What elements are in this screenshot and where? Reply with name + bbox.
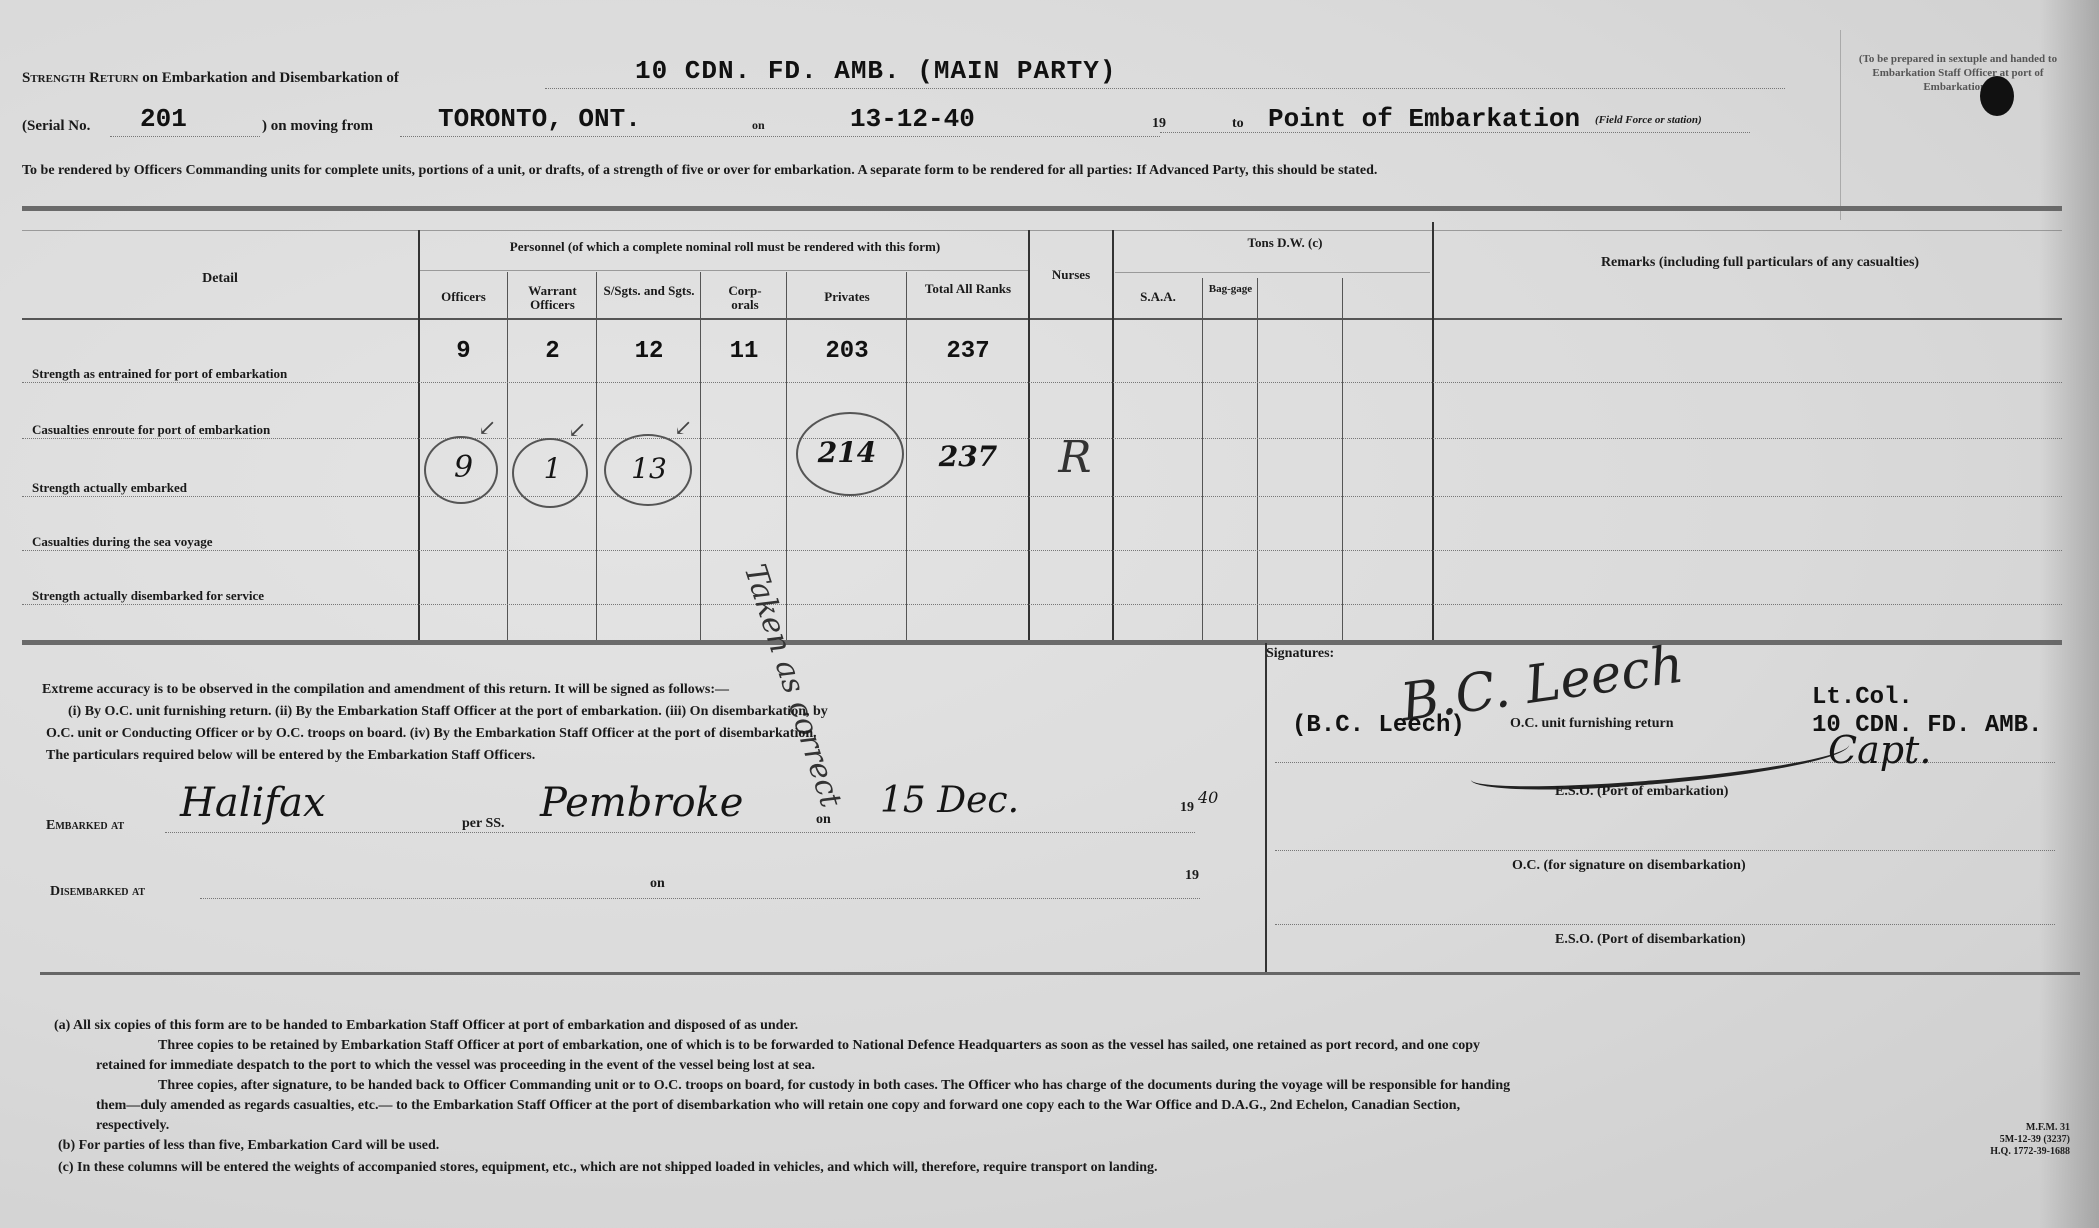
disembarked-label: Disembarked at — [50, 884, 145, 900]
col-divider — [700, 272, 701, 640]
footnote-c: (c) In these columns will be entered the… — [58, 1160, 1158, 1176]
col-corporals: Corp-orals — [715, 284, 775, 312]
disembarked-line — [200, 898, 1200, 899]
disembarked-year-label: 19 — [1185, 868, 1199, 884]
col-baggage: Bag-gage — [1204, 282, 1257, 296]
signatures-heading: Signatures: — [1266, 646, 1334, 662]
accuracy-line-4: The particulars required below will be e… — [46, 748, 535, 764]
moving-from: TORONTO, ONT. — [438, 104, 641, 134]
oc-caption: O.C. unit furnishing return — [1510, 716, 1674, 732]
cell-officers-entrained: 9 — [420, 338, 507, 365]
footnote-b: (b) For parties of less than five, Embar… — [58, 1138, 439, 1154]
embarked-at-value: Halifax — [180, 780, 326, 826]
oc-rank: Lt.Col. — [1812, 684, 1913, 711]
col-privates: Privates — [788, 290, 906, 304]
col-saa: S.A.A. — [1114, 290, 1202, 304]
serial-number: 201 — [140, 104, 187, 134]
cell-warrant-embarked: 1 — [509, 452, 596, 485]
eso-embark-caption: E.S.O. (Port of embarkation) — [1555, 784, 1728, 800]
tick-mark-icon: ↙ — [478, 416, 496, 441]
instructions: To be rendered by Officers Commanding un… — [22, 162, 1782, 180]
document-page: Strength Return on Embarkation and Disem… — [0, 0, 2099, 1228]
row-label-casualties-enroute: Casualties enroute for port of embarkati… — [32, 422, 270, 438]
destination-suffix: (Field Force or station) — [1595, 114, 1702, 126]
col-total: Total All Ranks — [908, 282, 1028, 296]
col-divider — [1342, 278, 1343, 640]
cell-privates-entrained: 203 — [788, 338, 906, 365]
row-rule — [22, 604, 2062, 605]
cell-total-embarked: 237 — [908, 440, 1028, 473]
form-title-rest: on Embarkation and Disembarkation of — [142, 70, 399, 86]
col-nurses: Nurses — [1030, 268, 1112, 282]
tons-sub-rule — [1115, 272, 1430, 273]
tick-mark-icon: ↙ — [674, 416, 692, 441]
eso-disembark-caption: E.S.O. (Port of disembarkation) — [1555, 932, 1746, 948]
detail-header: Detail — [22, 272, 418, 286]
col-divider — [786, 272, 787, 640]
embarked-year-label: 19 — [1180, 800, 1194, 816]
moving-from-line — [400, 136, 1160, 137]
year-label: 19 — [1152, 116, 1166, 132]
embarked-year-value: 40 — [1198, 788, 1218, 807]
footnote-a-4: Three copies, after signature, to be han… — [158, 1078, 1510, 1094]
cell-sgts-embarked: 13 — [598, 452, 700, 485]
row-rule — [22, 550, 2062, 551]
footnote-a-3: retained for immediate despatch to the p… — [96, 1058, 815, 1074]
form-title-prefix: Strength Return — [22, 70, 138, 86]
cell-warrant-entrained: 2 — [509, 338, 596, 365]
row-rule — [22, 496, 2062, 497]
col-divider — [596, 272, 597, 640]
ship-name: Pembroke — [540, 780, 743, 826]
col-sgts: S/Sgts. and Sgts. — [598, 284, 700, 298]
row-label-entrained: Strength as entrained for port of embark… — [32, 366, 287, 382]
section-divider — [1265, 643, 1267, 973]
eso-signature: Capt. — [1828, 728, 1931, 772]
header-bottom-rule — [22, 318, 2062, 320]
col-divider — [906, 272, 907, 640]
accuracy-line-2: (i) By O.C. unit furnishing return. (ii)… — [68, 704, 828, 720]
footnotes-top-rule — [40, 972, 2080, 975]
footnote-a-2: Three copies to be retained by Embarkati… — [158, 1038, 1480, 1054]
table-bottom-border — [22, 640, 2062, 645]
on-label: on — [752, 118, 765, 133]
personnel-sub-rule — [420, 270, 1030, 271]
accuracy-line-1: Extreme accuracy is to be observed in th… — [42, 682, 729, 698]
cell-privates-embarked: 214 — [788, 436, 906, 469]
col-divider — [1202, 278, 1203, 640]
accuracy-line-3: O.C. unit or Conducting Officer or by O.… — [46, 726, 817, 742]
row-rule — [22, 382, 2062, 383]
col-divider — [1257, 278, 1258, 640]
cell-total-entrained: 237 — [908, 338, 1028, 365]
tons-header: Tons D.W. (c) — [1230, 236, 1340, 250]
footnote-a-1: (a) All six copies of this form are to b… — [54, 1018, 798, 1034]
serial-label: (Serial No. — [22, 118, 90, 135]
table-top-border — [22, 206, 2062, 211]
col-divider — [507, 272, 508, 640]
disembarked-on-label: on — [650, 876, 665, 892]
footnote-a-5: them—duly amended as regards casualties,… — [96, 1098, 1460, 1114]
departure-date: 13-12-40 — [850, 104, 975, 134]
col-divider — [1432, 222, 1434, 640]
side-divider — [1840, 30, 1841, 220]
cell-corporals-entrained: 11 — [702, 338, 786, 365]
embarked-date: 15 Dec. — [880, 780, 1019, 821]
form-code-line-3: H.Q. 1772-39-1688 — [1900, 1146, 2070, 1158]
cell-officers-embarked: 9 — [420, 450, 507, 485]
tick-mark-icon: ↙ — [568, 418, 586, 443]
on-label: on — [816, 812, 831, 828]
per-ss-label: per SS. — [462, 816, 505, 832]
table-top-rule — [22, 230, 2062, 231]
col-warrant-officers: Warrant Officers — [509, 284, 596, 312]
destination: Point of Embarkation — [1268, 104, 1580, 134]
row-label-casualties-voyage: Casualties during the sea voyage — [32, 534, 213, 550]
cell-sgts-entrained: 12 — [598, 338, 700, 365]
unit-name: 10 CDN. FD. AMB. (MAIN PARTY) — [635, 56, 1116, 86]
eso-disembark-line — [1275, 924, 2055, 925]
ink-blot-icon — [1980, 76, 2014, 116]
to-label: to — [1232, 116, 1244, 132]
side-note: (To be prepared in sextuple and handed t… — [1858, 52, 2058, 94]
cell-nurses-embarked: R — [1040, 432, 1110, 483]
row-label-disembarked: Strength actually disembarked for servic… — [32, 588, 264, 604]
oc-disembark-line — [1275, 850, 2055, 851]
row-label-embarked: Strength actually embarked — [32, 480, 187, 496]
destination-line — [1160, 132, 1750, 133]
margin-annotation: Taken as correct — [737, 560, 849, 812]
personnel-header: Personnel (of which a complete nominal r… — [440, 240, 1010, 254]
footnote-a-6: respectively. — [96, 1118, 169, 1134]
serial-line — [110, 136, 260, 137]
embarked-label: Embarked at — [46, 818, 124, 834]
oc-disembark-caption: O.C. (for signature on disembarkation) — [1512, 858, 1746, 874]
remarks-header: Remarks (including full particulars of a… — [1500, 256, 2020, 270]
form-code-line-2: 5M-12-39 (3237) — [1900, 1134, 2070, 1146]
form-code: M.F.M. 31 5M-12-39 (3237) H.Q. 1772-39-1… — [1900, 1122, 2070, 1158]
moving-from-label: ) on moving from — [262, 118, 373, 135]
col-officers: Officers — [420, 290, 507, 304]
oc-typed-name: (B.C. Leech) — [1292, 712, 1465, 739]
form-code-line-1: M.F.M. 31 — [1900, 1122, 2070, 1134]
unit-line — [545, 88, 1785, 89]
col-divider — [1028, 230, 1030, 640]
embarked-line — [165, 832, 1195, 833]
form-title: Strength Return on Embarkation and Disem… — [22, 70, 399, 87]
